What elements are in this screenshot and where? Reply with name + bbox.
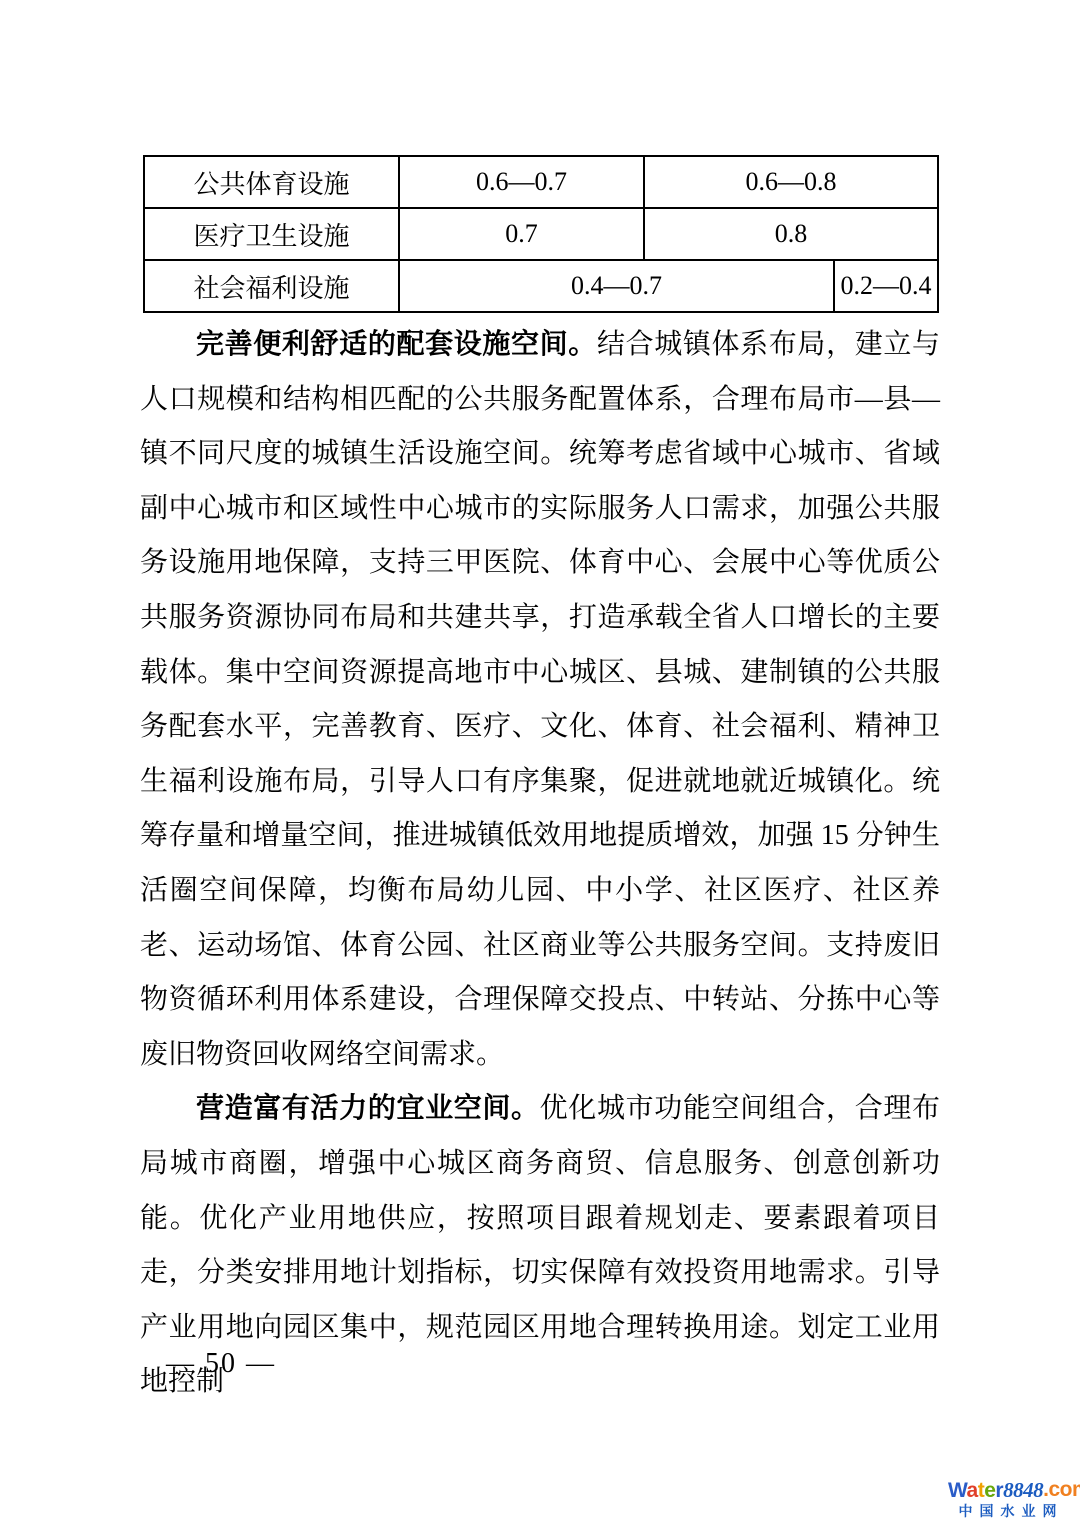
value-cell: 0.8: [644, 208, 938, 260]
water-letter: r: [995, 1479, 1003, 1502]
paragraph-living-facilities: 完善便利舒适的配套设施空间。结合城镇体系布局，建立与人口规模和结构相匹配的公共服…: [140, 318, 940, 1082]
facility-name-cell: 社会福利设施: [144, 260, 399, 312]
table-row: 公共体育设施 0.6—0.7 0.6—0.8: [144, 156, 938, 208]
value-cell: 0.4—0.7: [399, 260, 834, 312]
document-body: 完善便利舒适的配套设施空间。结合城镇体系布局，建立与人口规模和结构相匹配的公共服…: [140, 318, 940, 1410]
paragraph-lead: 营造富有活力的宜业空间。: [196, 1093, 540, 1124]
brand-tld: .com: [1043, 1479, 1080, 1501]
value-cell: 0.6—0.8: [644, 156, 938, 208]
value-cell: 0.2—0.4: [834, 260, 938, 312]
water-wordmark: Water: [948, 1480, 1003, 1502]
facility-name-cell: 公共体育设施: [144, 156, 399, 208]
table-row: 医疗卫生设施 0.7 0.8: [144, 208, 938, 260]
paragraph-lead: 完善便利舒适的配套设施空间。: [196, 329, 597, 360]
watermark-subtitle: 中国水业网: [948, 1504, 1070, 1519]
brand-number: 8848: [1003, 1479, 1043, 1501]
watermark-brand-line: Water8848.com: [948, 1479, 1070, 1502]
value-cell: 0.7: [399, 208, 644, 260]
facility-standards-table: 公共体育设施 0.6—0.7 0.6—0.8 医疗卫生设施 0.7 0.8 社会…: [143, 155, 939, 313]
page-number: — 50 —: [166, 1348, 276, 1380]
value-cell: 0.6—0.7: [399, 156, 644, 208]
facility-name-cell: 医疗卫生设施: [144, 208, 399, 260]
water-letter: a: [967, 1479, 978, 1502]
water-letter: W: [948, 1479, 967, 1502]
table-row: 社会福利设施 0.4—0.7 0.2—0.4: [144, 260, 938, 312]
document-page: 公共体育设施 0.6—0.7 0.6—0.8 医疗卫生设施 0.7 0.8 社会…: [0, 0, 1080, 1527]
paragraph-text: 结合城镇体系布局，建立与人口规模和结构相匹配的公共服务配置体系，合理布局市—县—…: [140, 329, 940, 1070]
water-letter: e: [984, 1479, 995, 1502]
water8848-watermark-logo: Water8848.com 中国水业网: [948, 1479, 1070, 1519]
